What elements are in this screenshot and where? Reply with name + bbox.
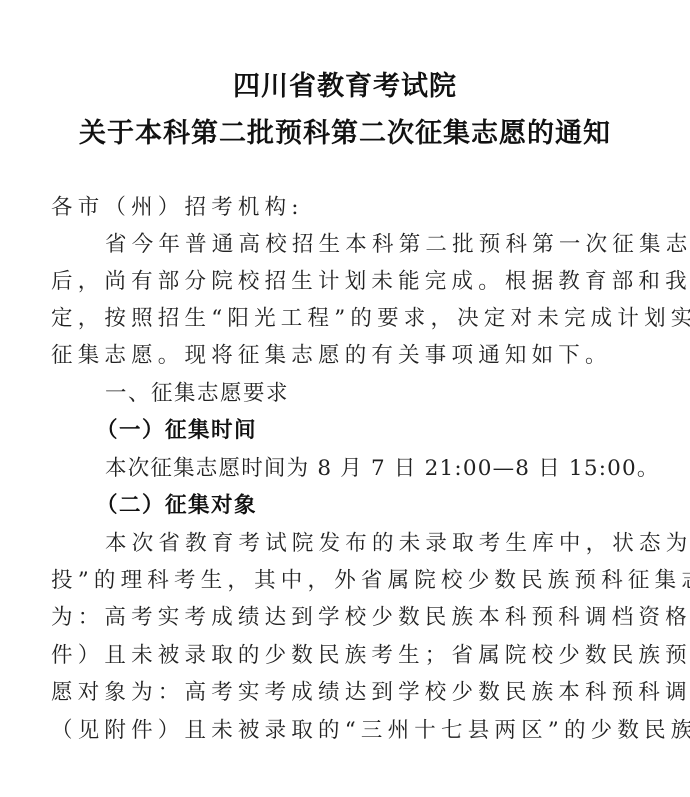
document-title-subject: 关于本科第二批预科第二次征集志愿的通知 bbox=[0, 111, 690, 150]
intro-paragraph-line: 省今年普通高校招生本科第二批预科第一次征集志愿投档 bbox=[105, 232, 690, 258]
notice-document: 四川省教育考试院 关于本科第二批预科第二次征集志愿的通知 各市（州）招考机构: … bbox=[0, 0, 690, 797]
target-paragraph-line: 件）且未被录取的少数民族考生；省属院校少数民族预科征集志 bbox=[51, 643, 651, 669]
intro-paragraph-line: 征集志愿。现将征集志愿的有关事项通知如下。 bbox=[51, 343, 651, 369]
target-paragraph-line: 愿对象为：高考实考成绩达到学校少数民族本科预科调档资格线 bbox=[51, 680, 651, 706]
collection-time-text: 本次征集志愿时间为 8 月 7 日 21:00—8 日 15:00。 bbox=[105, 456, 690, 482]
intro-paragraph-line: 后，尚有部分院校招生计划未能完成。根据教育部和我省有关规 bbox=[51, 269, 651, 295]
salutation: 各市（州）招考机构: bbox=[51, 195, 651, 221]
intro-paragraph-line: 定，按照招生“阳光工程”的要求，决定对未完成计划实行公开 bbox=[51, 306, 651, 332]
subsection-heading-time: （一）征集时间 bbox=[96, 418, 690, 444]
target-paragraph-line: 投”的理科考生，其中，外省属院校少数民族预科征集志愿对象 bbox=[51, 568, 651, 594]
subsection-heading-target: （二）征集对象 bbox=[96, 493, 690, 519]
target-paragraph-line: 为：高考实考成绩达到学校少数民族本科预科调档资格线（见附 bbox=[51, 605, 651, 631]
target-paragraph-line: （见附件）且未被录取的“三州十七县两区”的少数民族考生。 bbox=[51, 718, 651, 744]
section-heading: 一、征集志愿要求 bbox=[105, 381, 690, 407]
document-title-issuer: 四川省教育考试院 bbox=[0, 64, 690, 103]
target-paragraph-line: 本次省教育考试院发布的未录取考生库中，状态为“自由可 bbox=[105, 531, 690, 557]
